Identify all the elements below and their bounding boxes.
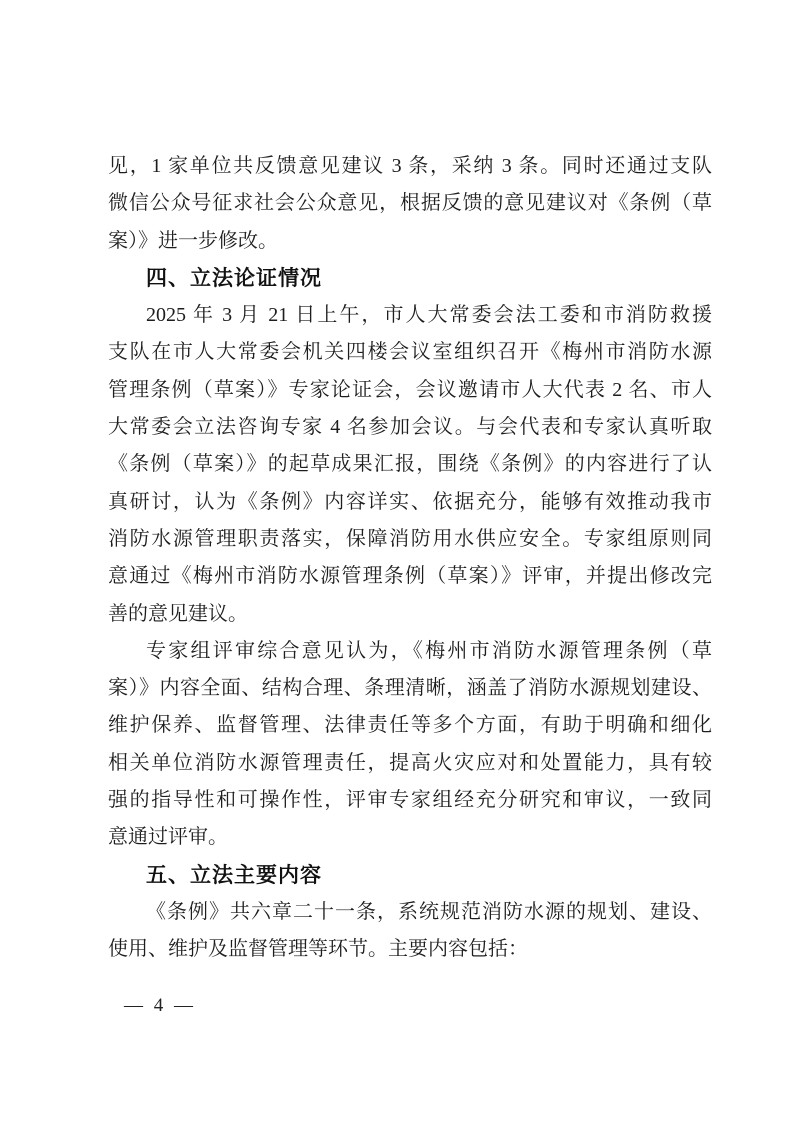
paragraph-line: 见，1 家单位共反馈意见建议 3 条，采纳 3 条。同时还通过支队 xyxy=(108,148,712,185)
paragraph-line: 《条例（草案）》的起草成果汇报，围绕《条例》的内容进行了认 xyxy=(108,446,712,483)
paragraph-line: 2025 年 3 月 21 日上午，市人大常委会法工委和市消防救援 xyxy=(108,297,712,334)
paragraph-line: 善的意见建议。 xyxy=(108,596,712,633)
paragraph-line: 强的指导性和可操作性，评审专家组经充分研究和审议，一致同 xyxy=(108,782,712,819)
paragraph-line: 意通过评审。 xyxy=(108,819,712,856)
paragraph-line: 真研讨，认为《条例》内容详实、依据充分，能够有效推动我市 xyxy=(108,484,712,521)
document-page: 见，1 家单位共反馈意见建议 3 条，采纳 3 条。同时还通过支队微信公众号征求… xyxy=(0,0,793,1122)
paragraph-line: 专家组评审综合意见认为，《梅州市消防水源管理条例（草 xyxy=(108,633,712,670)
paragraph-line: 案）》进一步修改。 xyxy=(108,223,712,260)
paragraph-line: 支队在市人大常委会机关四楼会议室组织召开《梅州市消防水源 xyxy=(108,334,712,371)
paragraph-line: 微信公众号征求社会公众意见，根据反馈的意见建议对《条例（草 xyxy=(108,185,712,222)
paragraph-line: 相关单位消防水源管理责任，提高火灾应对和处置能力，具有较 xyxy=(108,745,712,782)
paragraph-line: 维护保养、监督管理、法律责任等多个方面，有助于明确和细化 xyxy=(108,707,712,744)
section-heading: 四、立法论证情况 xyxy=(108,260,712,297)
paragraph-line: 意通过《梅州市消防水源管理条例（草案）》评审，并提出修改完 xyxy=(108,558,712,595)
paragraph-line: 管理条例（草案）》专家论证会，会议邀请市人大代表 2 名、市人 xyxy=(108,372,712,409)
paragraph-line: 使用、维护及监督管理等环节。主要内容包括： xyxy=(108,931,712,968)
section-heading: 五、立法主要内容 xyxy=(108,857,712,894)
paragraph-line: 大常委会立法咨询专家 4 名参加会议。与会代表和专家认真听取 xyxy=(108,409,712,446)
paragraph-line: 《条例》共六章二十一条，系统规范消防水源的规划、建设、 xyxy=(108,894,712,931)
document-body: 见，1 家单位共反馈意见建议 3 条，采纳 3 条。同时还通过支队微信公众号征求… xyxy=(108,148,712,969)
page-number: — 4 — xyxy=(124,995,196,1017)
paragraph-line: 案）》内容全面、结构合理、条理清晰，涵盖了消防水源规划建设、 xyxy=(108,670,712,707)
paragraph-line: 消防水源管理职责落实，保障消防用水供应安全。专家组原则同 xyxy=(108,521,712,558)
